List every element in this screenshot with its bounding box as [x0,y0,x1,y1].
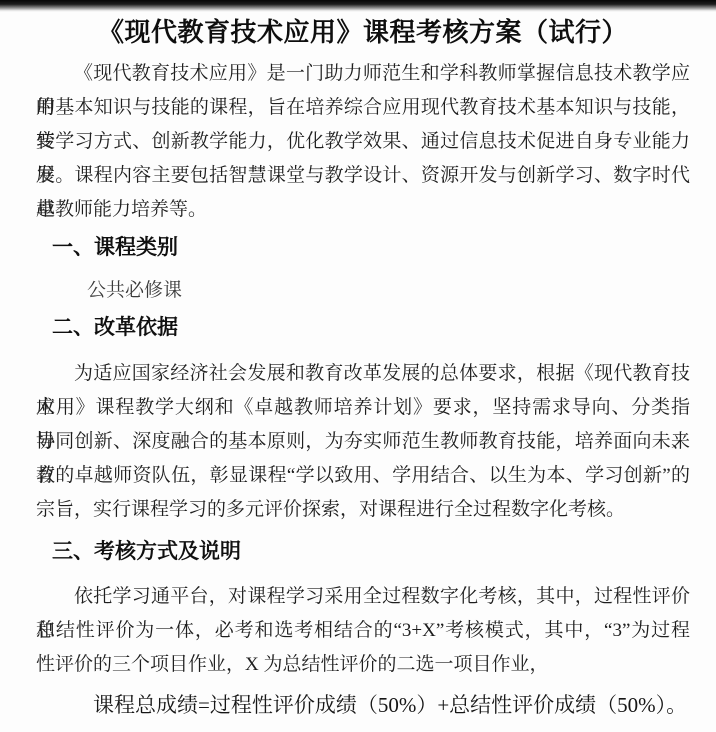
intro-line: 《现代教育技术应用》是一门助力师范生和学科教师掌握信息技术教学应用 [36,57,690,91]
document-page: 《现代教育技术应用》课程考核方案（试行） 《现代教育技术应用》是一门助力师范生和… [0,0,716,732]
assessment-line: 性评价的三个项目作业，X 为总结性评价的二选一项目作业， [36,648,690,682]
intro-line: 变学习方式、创新教学能力，优化教学效果、通过信息技术促进自身专业能力发 [36,125,690,159]
reform-line: 育的卓越师资队伍，彰显课程“学以致用、学用结合、以生为本、学习创新”的 [36,459,690,493]
assessment-line: 依托学习通平台，对课程学习采用全过程数字化考核，其中，过程性评价和 [36,580,690,614]
intro-line: 的基本知识与技能的课程，旨在培养综合应用现代教育技术基本知识与技能，转 [36,91,690,125]
reform-paragraph: 为适应国家经济社会发展和教育改革发展的总体要求，根据《现代教育技术 应用》课程教… [36,357,690,527]
intro-paragraph: 《现代教育技术应用》是一门助力师范生和学科教师掌握信息技术教学应用 的基本知识与… [36,57,690,227]
grade-formula: 课程总成绩=过程性评价成绩（50%）+总结性评价成绩（50%）。 [36,689,690,721]
section-heading-reform: 二、改革依据 [36,313,690,343]
reform-line: 协同创新、深度融合的基本原则，为夯实师范生教师教育技能，培养面向未来教 [36,425,690,459]
page-content: 《现代教育技术应用》课程考核方案（试行） 《现代教育技术应用》是一门助力师范生和… [0,0,716,721]
category-value: 公共必修课 [36,276,690,306]
assessment-paragraph: 依托学习通平台，对课程学习采用全过程数字化考核，其中，过程性评价和 总结性评价为… [36,580,690,682]
intro-line: 越教师能力培养等。 [36,193,690,227]
assessment-line: 总结性评价为一体，必考和选考相结合的“3+X”考核模式，其中，“3”为过程 [36,614,690,648]
document-title: 《现代教育技术应用》课程考核方案（试行） [36,16,690,48]
section-heading-assessment: 三、考核方式及说明 [36,537,690,567]
reform-line: 应用》课程教学大纲和《卓越教师培养计划》要求，坚持需求导向、分类指导、 [36,391,690,425]
section-heading-category: 一、课程类别 [36,233,690,263]
reform-line: 为适应国家经济社会发展和教育改革发展的总体要求，根据《现代教育技术 [36,357,690,391]
reform-line: 宗旨，实行课程学习的多元评价探索，对课程进行全过程数字化考核。 [36,493,690,527]
intro-line: 展。课程内容主要包括智慧课堂与教学设计、资源开发与创新学习、数字时代卓 [36,159,690,193]
